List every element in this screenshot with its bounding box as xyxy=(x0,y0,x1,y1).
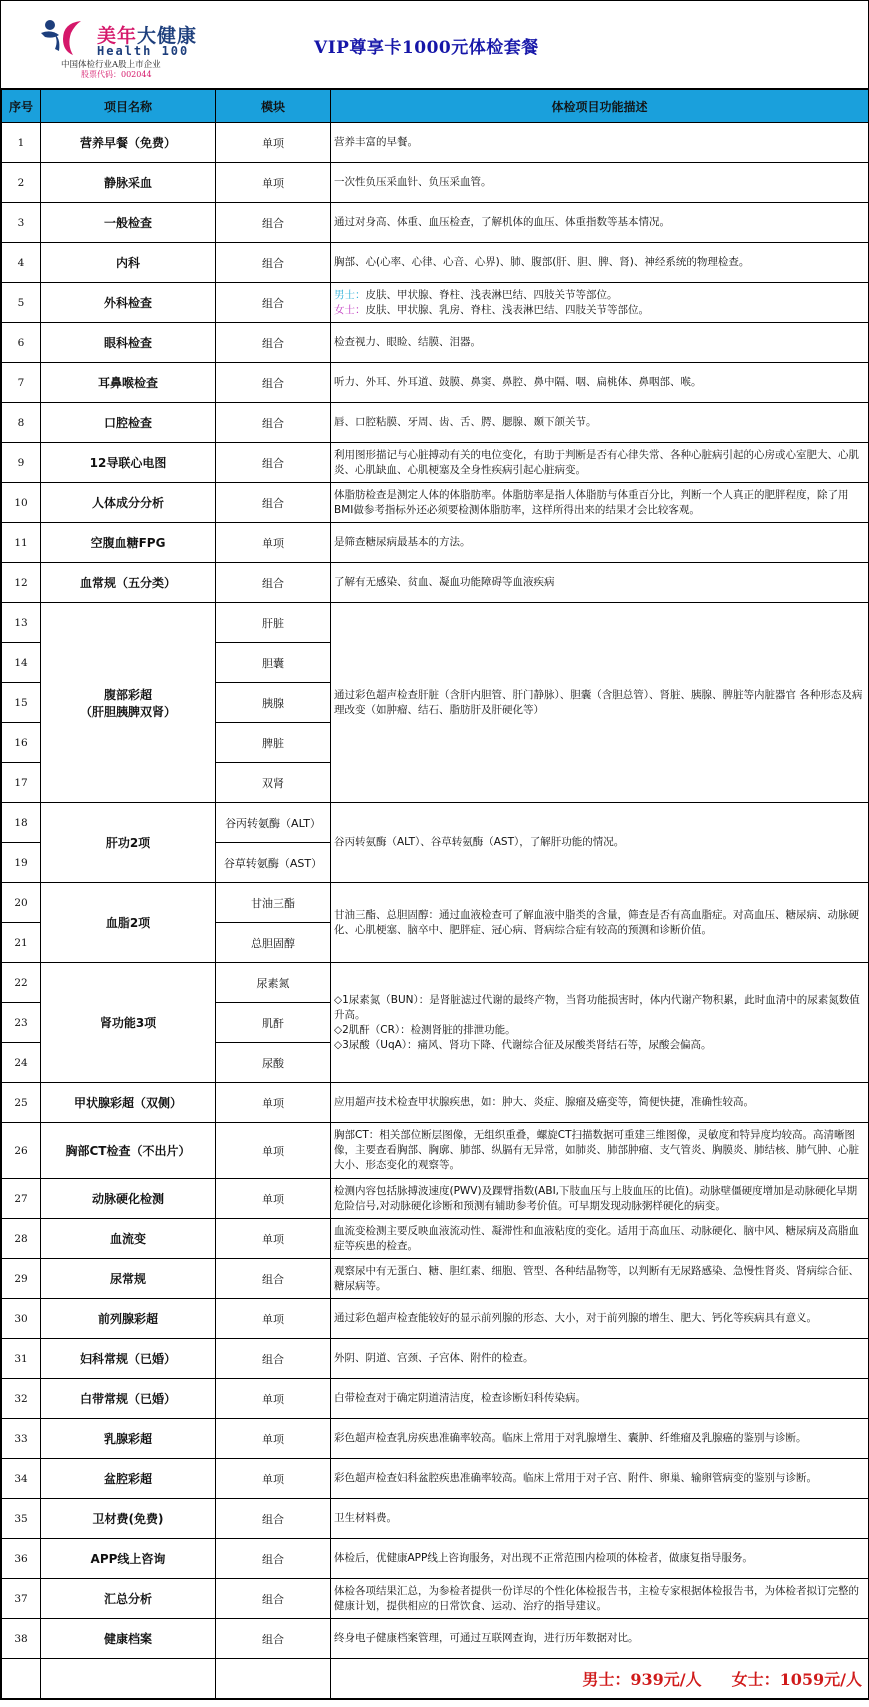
table-row: 12 血常规（五分类） 组合 了解有无感染、贫血、凝血功能障碍等血液疾病 xyxy=(2,563,869,603)
row-no: 7 xyxy=(2,363,41,403)
row-module: 组合 xyxy=(216,443,331,483)
row-desc: 是筛查糖尿病最基本的方法。 xyxy=(331,523,869,563)
row-module: 单项 xyxy=(216,1083,331,1123)
row-module: 组合 xyxy=(216,1539,331,1579)
table-row: 9 12导联心电图 组合 利用图形描记与心脏搏动有关的电位变化，有助于判断是否有… xyxy=(2,443,869,483)
page-title: VIP尊享卡1000元体检套餐 xyxy=(314,33,539,58)
row-desc: 应用超声技术检查甲状腺疾患，如：肿大、炎症、腺瘤及癌变等，简便快捷，准确性较高。 xyxy=(331,1083,869,1123)
row-module: 组合 xyxy=(216,363,331,403)
row-desc: 白带检查对于确定阴道清洁度，检查诊断妇科传染病。 xyxy=(331,1379,869,1419)
row-desc: 外阴、阴道、宫颈、子宫体、附件的检查。 xyxy=(331,1339,869,1379)
group-name-lipid: 血脂2项 xyxy=(41,883,216,963)
row-module: 组合 xyxy=(216,1499,331,1539)
desc-male-line: 男士：皮肤、甲状腺、脊柱、浅表淋巴结、四肢关节等部位。 xyxy=(334,288,866,303)
table-row: 2 静脉采血 单项 一次性负压采血针、负压采血管。 xyxy=(2,163,869,203)
row-name: 动脉硬化检测 xyxy=(41,1179,216,1219)
row-no: 34 xyxy=(2,1459,41,1499)
row-name: 人体成分分析 xyxy=(41,483,216,523)
table-row: 3 一般检查 组合 通过对身高、体重、血压检查，了解机体的血压、体重指数等基本情… xyxy=(2,203,869,243)
table-row: 20 血脂2项 甘油三酯 甘油三酯、总胆固醇：通过血液检查可了解血液中脂类的含量… xyxy=(2,883,869,923)
row-no: 35 xyxy=(2,1499,41,1539)
row-no: 33 xyxy=(2,1419,41,1459)
row-module: 谷草转氨酶（AST） xyxy=(216,843,331,883)
row-module: 胰腺 xyxy=(216,683,331,723)
row-module: 组合 xyxy=(216,203,331,243)
row-no: 32 xyxy=(2,1379,41,1419)
row-name: 眼科检查 xyxy=(41,323,216,363)
row-no: 31 xyxy=(2,1339,41,1379)
row-desc: 男士：皮肤、甲状腺、脊柱、浅表淋巴结、四肢关节等部位。 女士：皮肤、甲状腺、乳房… xyxy=(331,283,869,323)
row-no: 5 xyxy=(2,283,41,323)
row-module: 组合 xyxy=(216,243,331,283)
row-desc: 了解有无感染、贫血、凝血功能障碍等血液疾病 xyxy=(331,563,869,603)
row-module: 组合 xyxy=(216,403,331,443)
col-header-module: 模块 xyxy=(216,90,331,123)
price-row: 男士：939元/人女士：1059元/人 xyxy=(2,1659,869,1699)
row-module: 单项 xyxy=(216,1419,331,1459)
row-module: 组合 xyxy=(216,1339,331,1379)
row-no: 9 xyxy=(2,443,41,483)
row-desc: 听力、外耳、外耳道、鼓膜、鼻窦、鼻腔、鼻中隔、咽、扁桃体、鼻咽部、喉。 xyxy=(331,363,869,403)
table-header-row: 序号 项目名称 模块 体检项目功能描述 xyxy=(2,90,869,123)
row-module: 谷丙转氨酶（ALT） xyxy=(216,803,331,843)
group-desc-kidney: ◇1尿素氮（BUN）：是肾脏滤过代谢的最终产物，当肾功能损害时，体内代谢产物积累… xyxy=(331,963,869,1083)
row-no: 25 xyxy=(2,1083,41,1123)
row-module: 组合 xyxy=(216,483,331,523)
row-desc: 胸部CT：相关部位断层图像，无组织重叠，螺旋CT扫描数据可重建三维图像，灵敏度和… xyxy=(331,1123,869,1179)
row-desc: 终身电子健康档案管理，可通过互联网查询，进行历年数据对比。 xyxy=(331,1619,869,1659)
row-module: 尿素氮 xyxy=(216,963,331,1003)
stock-code: 股票代码：002044 xyxy=(81,69,152,80)
row-no: 10 xyxy=(2,483,41,523)
row-desc: 唇、口腔粘膜、牙周、齿、舌、腭、腮腺、颞下颌关节。 xyxy=(331,403,869,443)
table-row: 11 空腹血糖FPG 单项 是筛查糖尿病最基本的方法。 xyxy=(2,523,869,563)
row-no: 28 xyxy=(2,1219,41,1259)
row-desc: 体检后，优健康APP线上咨询服务，对出现不正常范围内检项的体检者，做康复指导服务… xyxy=(331,1539,869,1579)
desc-female-line: 女士：皮肤、甲状腺、乳房、脊柱、浅表淋巴结、四肢关节等部位。 xyxy=(334,303,866,318)
row-desc: 通过对身高、体重、血压检查，了解机体的血压、体重指数等基本情况。 xyxy=(331,203,869,243)
row-module: 尿酸 xyxy=(216,1043,331,1083)
row-no: 23 xyxy=(2,1003,41,1043)
row-no: 37 xyxy=(2,1579,41,1619)
row-module: 肌酐 xyxy=(216,1003,331,1043)
group-name-kidney: 肾功能3项 xyxy=(41,963,216,1083)
table-row: 34 盆腔彩超 单项 彩色超声检查妇科盆腔疾患准确率较高。临床上常用于对子宫、附… xyxy=(2,1459,869,1499)
table-row: 4 内科 组合 胸部、心(心率、心律、心音、心界)、肺、腹部(肝、胆、脾、肾)、… xyxy=(2,243,869,283)
row-name: 汇总分析 xyxy=(41,1579,216,1619)
group-desc-liver: 谷丙转氨酶（ALT）、谷草转氨酶（AST），了解肝功能的情况。 xyxy=(331,803,869,883)
row-module: 单项 xyxy=(216,123,331,163)
row-desc: 彩色超声检查乳房疾患准确率较高。临床上常用于对乳腺增生、囊肿、纤维瘤及乳腺癌的鉴… xyxy=(331,1419,869,1459)
table-row: 26 胸部CT检查（不出片） 单项 胸部CT：相关部位断层图像，无组织重叠，螺旋… xyxy=(2,1123,869,1179)
col-header-desc: 体检项目功能描述 xyxy=(331,90,869,123)
row-name: 胸部CT检查（不出片） xyxy=(41,1123,216,1179)
row-name: APP线上咨询 xyxy=(41,1539,216,1579)
group-name-abdomen: 腹部彩超 （肝胆胰脾双肾） xyxy=(41,603,216,803)
group-desc-lipid: 甘油三酯、总胆固醇：通过血液检查可了解血液中脂类的含量，筛查是否有高血脂症。对高… xyxy=(331,883,869,963)
row-no: 3 xyxy=(2,203,41,243)
table-row: 28 血流变 单项 血流变检测主要反映血液流动性、凝滞性和血液粘度的变化。适用于… xyxy=(2,1219,869,1259)
col-header-no: 序号 xyxy=(2,90,41,123)
row-name: 血流变 xyxy=(41,1219,216,1259)
row-no: 36 xyxy=(2,1539,41,1579)
health-logo-icon xyxy=(41,19,83,55)
package-sheet: 美年大健康 Health 100 中国体检行业A股上市企业 股票代码：00204… xyxy=(0,0,869,1700)
row-no: 13 xyxy=(2,603,41,643)
row-desc: 检测内容包括脉搏波速度(PWV)及踝臂指数(ABI,下肢血压与上肢血压的比值)。… xyxy=(331,1179,869,1219)
row-no: 27 xyxy=(2,1179,41,1219)
row-name: 前列腺彩超 xyxy=(41,1299,216,1339)
row-module: 组合 xyxy=(216,1579,331,1619)
row-module: 单项 xyxy=(216,163,331,203)
row-no: 14 xyxy=(2,643,41,683)
row-no: 17 xyxy=(2,763,41,803)
row-no: 19 xyxy=(2,843,41,883)
row-no: 24 xyxy=(2,1043,41,1083)
table-row: 29 尿常规 组合 观察尿中有无蛋白、糖、胆红素、细胞、管型、各种结晶物等，以判… xyxy=(2,1259,869,1299)
row-name: 尿常规 xyxy=(41,1259,216,1299)
row-module: 肝脏 xyxy=(216,603,331,643)
table-row: 13 腹部彩超 （肝胆胰脾双肾） 肝脏 通过彩色超声检查肝脏（含肝内胆管、肝门静… xyxy=(2,603,869,643)
row-desc: 体检各项结果汇总，为参检者提供一份详尽的个性化体检报告书，主检专家根据体检报告书… xyxy=(331,1579,869,1619)
table-row: 27 动脉硬化检测 单项 检测内容包括脉搏波速度(PWV)及踝臂指数(ABI,下… xyxy=(2,1179,869,1219)
row-desc: 体脂肪检查是测定人体的体脂肪率。体脂肪率是指人体脂肪与体重百分比，判断一个人真正… xyxy=(331,483,869,523)
table-row: 18 肝功2项 谷丙转氨酶（ALT） 谷丙转氨酶（ALT）、谷草转氨酶（AST）… xyxy=(2,803,869,843)
table-row: 1 营养早餐（免费） 单项 营养丰富的早餐。 xyxy=(2,123,869,163)
row-no: 1 xyxy=(2,123,41,163)
row-desc: 一次性负压采血针、负压采血管。 xyxy=(331,163,869,203)
row-name: 血常规（五分类） xyxy=(41,563,216,603)
col-header-name: 项目名称 xyxy=(41,90,216,123)
male-price: 男士：939元/人 xyxy=(582,1670,701,1689)
row-no: 29 xyxy=(2,1259,41,1299)
row-no: 16 xyxy=(2,723,41,763)
row-name: 妇科常规（已婚） xyxy=(41,1339,216,1379)
male-label: 男士： xyxy=(334,289,366,301)
row-module: 单项 xyxy=(216,1123,331,1179)
row-no: 26 xyxy=(2,1123,41,1179)
row-module: 甘油三酯 xyxy=(216,883,331,923)
group-desc-abdomen: 通过彩色超声检查肝脏（含肝内胆管、肝门静脉）、胆囊（含胆总管）、肾脏、胰腺、脾脏… xyxy=(331,603,869,803)
table-row: 8 口腔检查 组合 唇、口腔粘膜、牙周、齿、舌、腭、腮腺、颞下颌关节。 xyxy=(2,403,869,443)
female-price: 女士：1059元/人 xyxy=(732,1670,862,1689)
table-row: 25 甲状腺彩超（双侧） 单项 应用超声技术检查甲状腺疾患，如：肿大、炎症、腺瘤… xyxy=(2,1083,869,1123)
table-row: 32 白带常规（已婚） 单项 白带检查对于确定阴道清洁度，检查诊断妇科传染病。 xyxy=(2,1379,869,1419)
table-row: 38 健康档案 组合 终身电子健康档案管理，可通过互联网查询，进行历年数据对比。 xyxy=(2,1619,869,1659)
table-row: 10 人体成分分析 组合 体脂肪检查是测定人体的体脂肪率。体脂肪率是指人体脂肪与… xyxy=(2,483,869,523)
row-no: 22 xyxy=(2,963,41,1003)
row-no: 6 xyxy=(2,323,41,363)
row-desc: 胸部、心(心率、心律、心音、心界)、肺、腹部(肝、胆、脾、肾)、神经系统的物理检… xyxy=(331,243,869,283)
row-desc: 观察尿中有无蛋白、糖、胆红素、细胞、管型、各种结晶物等，以判断有无尿路感染、急慢… xyxy=(331,1259,869,1299)
row-module: 脾脏 xyxy=(216,723,331,763)
row-name: 白带常规（已婚） xyxy=(41,1379,216,1419)
row-no: 30 xyxy=(2,1299,41,1339)
table-row: 22 肾功能3项 尿素氮 ◇1尿素氮（BUN）：是肾脏滤过代谢的最终产物，当肾功… xyxy=(2,963,869,1003)
row-module: 组合 xyxy=(216,1619,331,1659)
row-module: 组合 xyxy=(216,1259,331,1299)
row-name: 静脉采血 xyxy=(41,163,216,203)
row-name: 空腹血糖FPG xyxy=(41,523,216,563)
row-name: 外科检查 xyxy=(41,283,216,323)
row-module: 组合 xyxy=(216,563,331,603)
table-row: 31 妇科常规（已婚） 组合 外阴、阴道、宫颈、子宫体、附件的检查。 xyxy=(2,1339,869,1379)
row-module: 双肾 xyxy=(216,763,331,803)
row-name: 甲状腺彩超（双侧） xyxy=(41,1083,216,1123)
exam-table: 序号 项目名称 模块 体检项目功能描述 1 营养早餐（免费） 单项 营养丰富的早… xyxy=(1,89,869,1699)
row-module: 组合 xyxy=(216,283,331,323)
row-no: 21 xyxy=(2,923,41,963)
row-name: 一般检查 xyxy=(41,203,216,243)
row-name: 耳鼻喉检查 xyxy=(41,363,216,403)
sheet-header: 美年大健康 Health 100 中国体检行业A股上市企业 股票代码：00204… xyxy=(1,1,868,89)
row-desc: 检查视力、眼睑、结膜、泪器。 xyxy=(331,323,869,363)
row-no: 11 xyxy=(2,523,41,563)
row-desc: 血流变检测主要反映血液流动性、凝滞性和血液粘度的变化。适用于高血压、动脉硬化、脑… xyxy=(331,1219,869,1259)
row-desc: 营养丰富的早餐。 xyxy=(331,123,869,163)
row-name: 乳腺彩超 xyxy=(41,1419,216,1459)
table-row: 7 耳鼻喉检查 组合 听力、外耳、外耳道、鼓膜、鼻窦、鼻腔、鼻中隔、咽、扁桃体、… xyxy=(2,363,869,403)
row-module: 单项 xyxy=(216,1299,331,1339)
row-no: 20 xyxy=(2,883,41,923)
row-name: 卫材费(免费) xyxy=(41,1499,216,1539)
row-desc: 利用图形描记与心脏搏动有关的电位变化，有助于判断是否有心律失常、各种心脏病引起的… xyxy=(331,443,869,483)
table-row: 33 乳腺彩超 单项 彩色超声检查乳房疾患准确率较高。临床上常用于对乳腺增生、囊… xyxy=(2,1419,869,1459)
price-summary: 男士：939元/人女士：1059元/人 xyxy=(331,1659,869,1699)
row-desc: 彩色超声检查妇科盆腔疾患准确率较高。临床上常用于对子宫、附件、卵巢、输卵管病变的… xyxy=(331,1459,869,1499)
row-module: 单项 xyxy=(216,1379,331,1419)
table-row: 37 汇总分析 组合 体检各项结果汇总，为参检者提供一份详尽的个性化体检报告书，… xyxy=(2,1579,869,1619)
row-name: 健康档案 xyxy=(41,1619,216,1659)
table-row: 6 眼科检查 组合 检查视力、眼睑、结膜、泪器。 xyxy=(2,323,869,363)
row-module: 单项 xyxy=(216,1219,331,1259)
brand-name-en: Health 100 xyxy=(97,44,189,58)
row-desc: 通过彩色超声检查能较好的显示前列腺的形态、大小，对于前列腺的增生、肥大、钙化等疾… xyxy=(331,1299,869,1339)
row-no: 38 xyxy=(2,1619,41,1659)
table-row: 35 卫材费(免费) 组合 卫生材料费。 xyxy=(2,1499,869,1539)
row-module: 单项 xyxy=(216,1459,331,1499)
row-name: 内科 xyxy=(41,243,216,283)
row-no: 2 xyxy=(2,163,41,203)
row-no: 18 xyxy=(2,803,41,843)
row-no: 15 xyxy=(2,683,41,723)
row-no: 8 xyxy=(2,403,41,443)
row-module: 总胆固醇 xyxy=(216,923,331,963)
row-no: 12 xyxy=(2,563,41,603)
table-row: 36 APP线上咨询 组合 体检后，优健康APP线上咨询服务，对出现不正常范围内… xyxy=(2,1539,869,1579)
row-name: 口腔检查 xyxy=(41,403,216,443)
table-row: 30 前列腺彩超 单项 通过彩色超声检查能较好的显示前列腺的形态、大小，对于前列… xyxy=(2,1299,869,1339)
table-row: 5 外科检查 组合 男士：皮肤、甲状腺、脊柱、浅表淋巴结、四肢关节等部位。 女士… xyxy=(2,283,869,323)
row-no: 4 xyxy=(2,243,41,283)
row-module: 胆囊 xyxy=(216,643,331,683)
row-module: 单项 xyxy=(216,1179,331,1219)
female-label: 女士： xyxy=(334,304,366,316)
row-module: 组合 xyxy=(216,323,331,363)
row-name: 营养早餐（免费） xyxy=(41,123,216,163)
row-name: 12导联心电图 xyxy=(41,443,216,483)
brand-logo: 美年大健康 Health 100 中国体检行业A股上市企业 股票代码：00204… xyxy=(41,15,241,75)
group-name-liver: 肝功2项 xyxy=(41,803,216,883)
row-desc: 卫生材料费。 xyxy=(331,1499,869,1539)
row-name: 盆腔彩超 xyxy=(41,1459,216,1499)
row-module: 单项 xyxy=(216,523,331,563)
